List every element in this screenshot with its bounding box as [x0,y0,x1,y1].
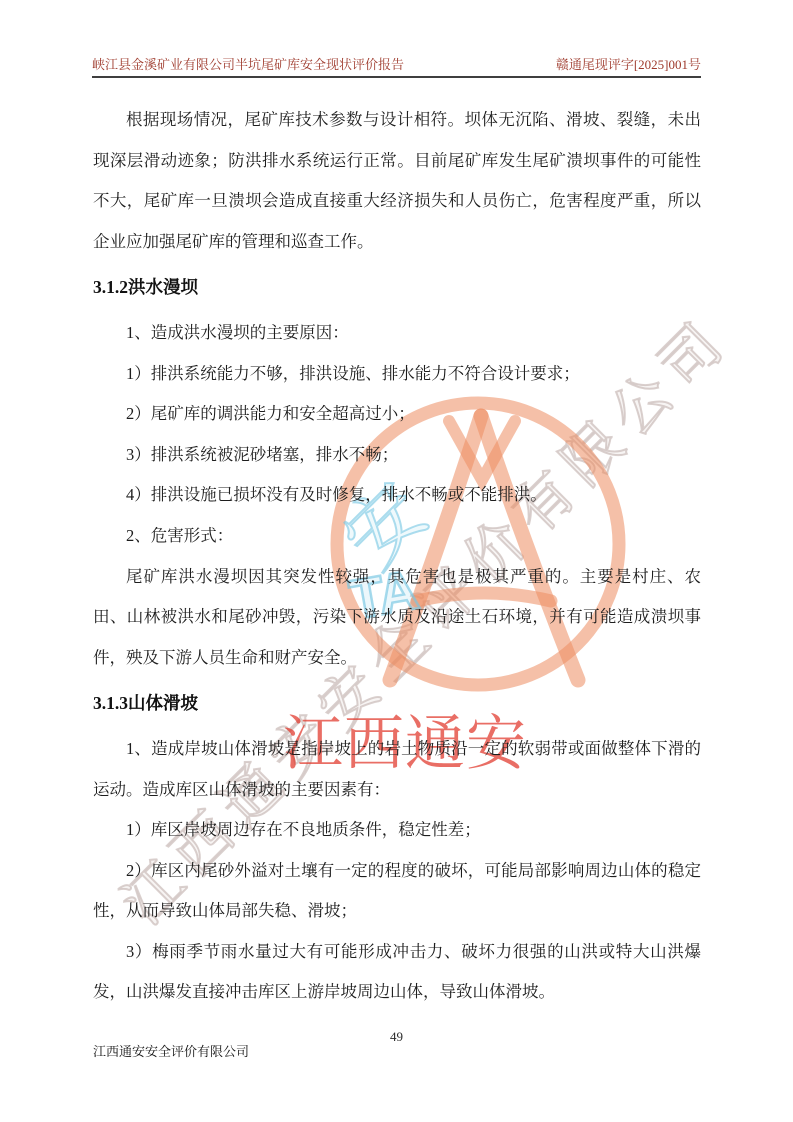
header-report-title: 峡江县金溪矿业有限公司半坑尾矿库安全现状评价报告 [92,57,404,72]
page-header: 峡江县金溪矿业有限公司半坑尾矿库安全现状评价报告 赣通尾现评字[2025]001… [92,57,701,72]
paragraph: 2）库区内尾砂外溢对土壤有一定的程度的破坏，可能局部影响周边山体的稳定性，从而导… [93,851,701,932]
paragraph: 尾矿库洪水漫坝因其突发性较强，其危害也是极其严重的。主要是村庄、农田、山林被洪水… [93,557,701,679]
list-item: 1、造成洪水漫坝的主要原因： [93,313,701,354]
paragraph: 1、造成岸坡山体滑坡是指岸坡上的岩土物质沿一定的软弱带或面做整体下滑的运动。造成… [93,729,701,810]
list-item: 3）排洪系统被泥砂堵塞，排水不畅； [93,435,701,476]
list-item: 2、危害形式： [93,516,701,557]
paragraph: 根据现场情况，尾矿库技术参数与设计相符。坝体无沉陷、滑坡、裂缝，未出现深层滑动迹… [93,100,701,262]
header-document-number: 赣通尾现评字[2025]001号 [556,57,701,72]
section-heading-3-1-2: 3.1.2洪水漫坝 [93,267,701,308]
section-heading-3-1-3: 3.1.3山体滑坡 [93,683,701,724]
list-item: 2）尾矿库的调洪能力和安全超高过小； [93,394,701,435]
footer-company-name: 江西通安安全评价有限公司 [93,1041,249,1060]
list-item: 4）排洪设施已损坏没有及时修复，排水不畅或不能排洪。 [93,475,701,516]
list-item: 1）库区岸坡周边存在不良地质条件，稳定性差； [93,810,701,851]
document-page: 江西通安安全评价有限公司 安 TA 江西通安 峡江县金溪矿业有限公司半坑尾矿库安… [0,0,793,1122]
header-rule [92,76,701,78]
document-body: 根据现场情况，尾矿库技术参数与设计相符。坝体无沉陷、滑坡、裂缝，未出现深层滑动迹… [93,100,701,1013]
paragraph: 3）梅雨季节雨水量过大有可能形成冲击力、破坏力很强的山洪或特大山洪爆发，山洪爆发… [93,932,701,1013]
list-item: 1）排洪系统能力不够，排洪设施、排水能力不符合设计要求； [93,354,701,395]
